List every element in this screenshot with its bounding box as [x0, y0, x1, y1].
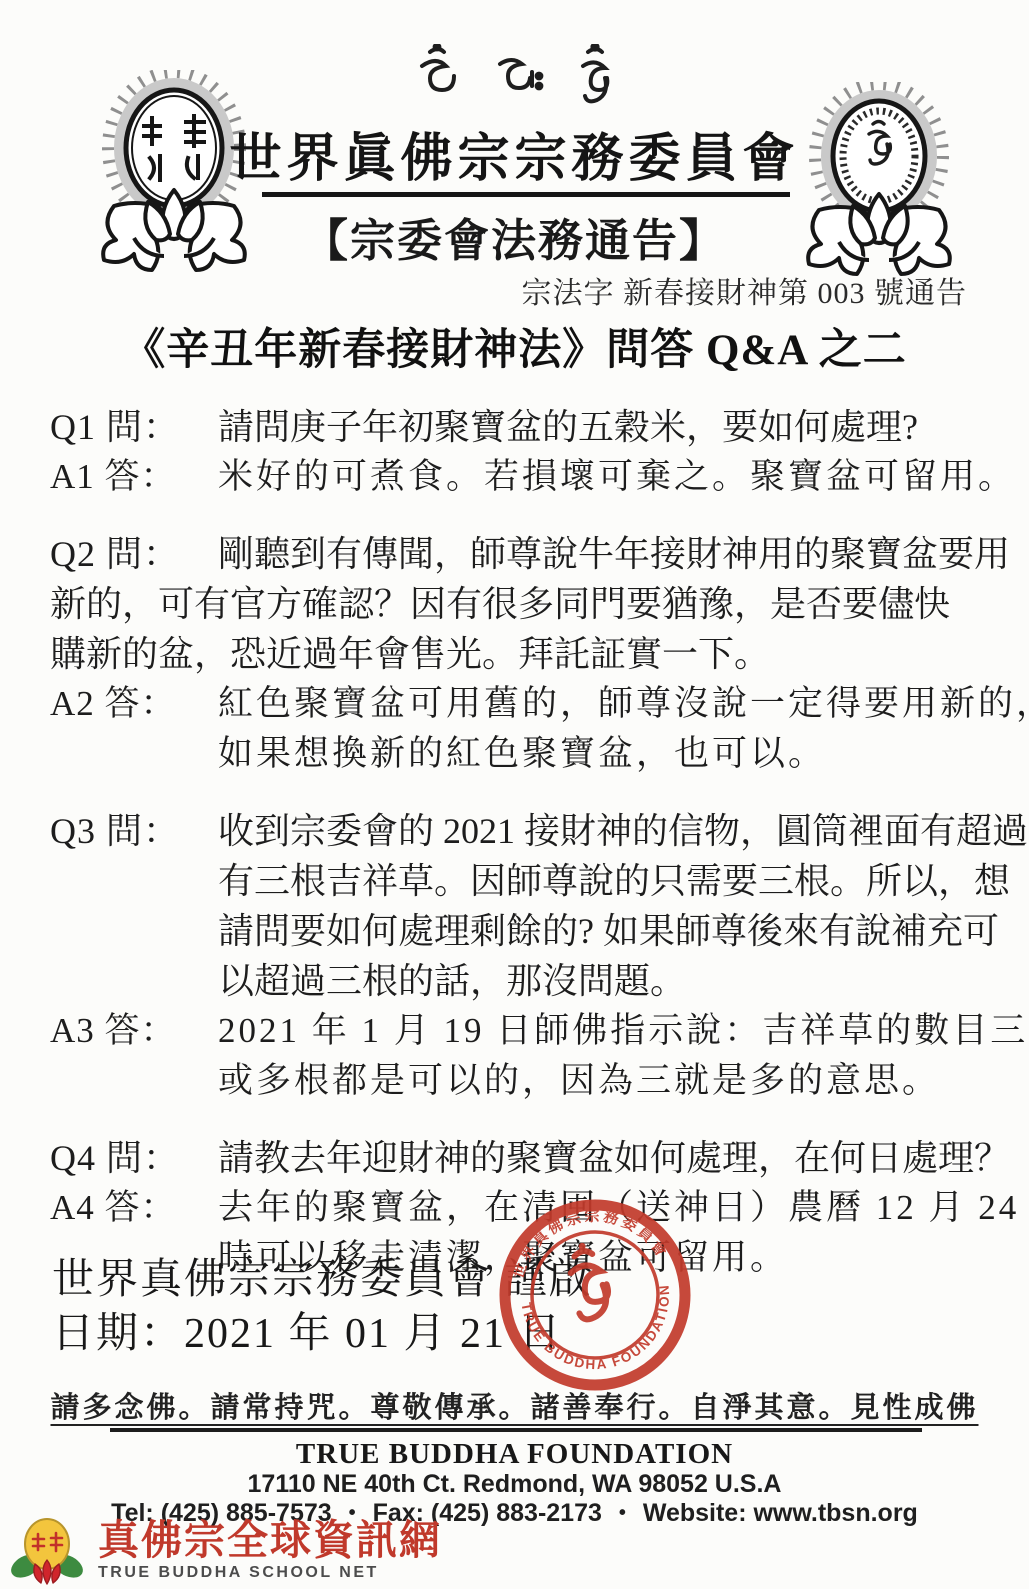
seed-syllables-drawing — [400, 44, 630, 108]
qa-text: 請問要如何處理剩餘的? 如果師尊後來有說補充可 — [218, 911, 999, 951]
qa-line: 有三根吉祥草。因師尊說的只需要三根。所以，想 — [50, 856, 980, 906]
foundation-red-seal: 世界真佛宗宗務委員會 TRUE BUDDHA FOUNDATION — [498, 1198, 693, 1398]
qa-line: A1 答：米好的可煮食。若損壞可棄之。聚寶盆可留用。 — [50, 452, 980, 502]
foundation-name: TRUE BUDDHA FOUNDATION — [0, 1438, 1029, 1471]
qa-block: Q2 問：剛聽到有傳聞，師尊說牛年接財神用的聚寶盆要用新的，可有官方確認？因有很… — [50, 529, 980, 779]
school-net-logo-block: 真佛宗全球資訊網 TRUE BUDDHA SCHOOL NET — [8, 1518, 442, 1588]
date-line: 日期：2021 年 01 月 21 日 — [52, 1300, 563, 1360]
qa-line: 購新的盆，恐近過年會售光。拜託証實一下。 — [50, 629, 980, 679]
footer-rule — [110, 1428, 922, 1432]
qa-text: 紅色聚寶盆可用舊的，師尊沒說一定得要用新的， — [218, 684, 1029, 723]
reference-number: 宗法字 新春接財神第 003 號通告 — [522, 268, 968, 312]
qa-label: A2 答： — [50, 679, 218, 729]
seal-center-hum-glyph — [567, 1240, 612, 1321]
qa-label: A1 答： — [50, 452, 218, 502]
footer-motto: 請多念佛。請常持咒。尊敬傳承。諸善奉行。自淨其意。見性成佛 — [0, 1385, 1029, 1426]
notice-banner: 【宗委會法務通告】 — [0, 204, 1029, 269]
qa-text: 或多根都是可以的，因為三就是多的意思。 — [218, 1061, 940, 1100]
qa-line: 或多根都是可以的，因為三就是多的意思。 — [50, 1056, 980, 1106]
qa-block: Q3 問：收到宗委會的 2021 接財神的信物，圓筒裡面有超過有三根吉祥草。因師… — [50, 806, 980, 1106]
qa-label: A4 答： — [50, 1183, 218, 1233]
bullet-separator: • — [619, 1502, 626, 1525]
qa-label: Q3 問： — [50, 806, 218, 856]
qa-line: Q4 問：請教去年迎財神的聚寶盆如何處理，在何日處理？ — [50, 1133, 980, 1183]
qa-line: 請問要如何處理剩餘的? 如果師尊後來有說補充可 — [50, 906, 980, 956]
qa-text: 如果想換新的紅色聚寶盆，也可以。 — [218, 734, 826, 773]
qa-text: 新的，可有官方確認？因有很多同門要猶豫，是否要儘快 — [50, 584, 950, 624]
foundation-address: 17110 NE 40th Ct. Redmond, WA 98052 U.S.… — [0, 1470, 1029, 1499]
qa-line: 如果想換新的紅色聚寶盆，也可以。 — [50, 729, 980, 779]
qa-text: 請教去年迎財神的聚寶盆如何處理，在何日處理？ — [218, 1138, 1010, 1178]
qa-text: 請問庚子年初聚寶盆的五穀米，要如何處理? — [218, 407, 918, 447]
qa-label: Q4 問： — [50, 1133, 218, 1183]
qa-section: Q1 問：請問庚子年初聚寶盆的五穀米，要如何處理?A1 答：米好的可煮食。若損壞… — [50, 402, 980, 1310]
qa-text: 2021 年 1 月 19 日師佛指示說：吉祥草的數目三根 — [218, 1011, 1029, 1050]
school-net-emblem — [8, 1518, 88, 1588]
qa-text: 以超過三根的話，那沒問題。 — [218, 961, 686, 1001]
website: Website: www.tbsn.org — [643, 1499, 918, 1527]
qa-label: A3 答： — [50, 1006, 218, 1056]
qa-label: Q2 問： — [50, 529, 218, 579]
qa-line: Q1 問：請問庚子年初聚寶盆的五穀米，要如何處理? — [50, 402, 980, 452]
qa-text: 米好的可煮食。若損壞可棄之。聚寶盆可留用。 — [218, 457, 1016, 496]
document-title: 《辛丑年新春接財神法》問答 Q&A 之二 — [0, 316, 1029, 377]
qa-text: 剛聽到有傳聞，師尊說牛年接財神用的聚寶盆要用 — [218, 534, 1010, 574]
qa-text: 有三根吉祥草。因師尊說的只需要三根。所以，想 — [218, 861, 1010, 901]
qa-line: 以超過三根的話，那沒問題。 — [50, 956, 980, 1006]
qa-line: Q3 問：收到宗委會的 2021 接財神的信物，圓筒裡面有超過 — [50, 806, 980, 856]
org-title-underline — [262, 192, 790, 197]
qa-line: A3 答：2021 年 1 月 19 日師佛指示說：吉祥草的數目三根 — [50, 1006, 980, 1056]
qa-line: A2 答：紅色聚寶盆可用舊的，師尊沒說一定得要用新的， — [50, 679, 980, 729]
school-net-chinese-title: 真佛宗全球資訊網 — [98, 1518, 442, 1562]
school-net-english-title: TRUE BUDDHA SCHOOL NET — [98, 1564, 442, 1582]
qa-block: Q1 問：請問庚子年初聚寶盆的五穀米，要如何處理?A1 答：米好的可煮食。若損壞… — [50, 402, 980, 502]
org-title: 世界眞佛宗宗務委員會 — [0, 116, 1029, 191]
qa-text: 收到宗委會的 2021 接財神的信物，圓筒裡面有超過 — [218, 811, 1028, 851]
qa-label: Q1 問： — [50, 402, 218, 452]
qa-text: 購新的盆，恐近過年會售光。拜託証實一下。 — [50, 634, 770, 674]
qa-line: Q2 問：剛聽到有傳聞，師尊說牛年接財神用的聚寶盆要用 — [50, 529, 980, 579]
qa-line: 新的，可有官方確認？因有很多同門要猶豫，是否要儘快 — [50, 579, 980, 629]
notice-document: 世界眞佛宗宗務委員會 【宗委會法務通告】 宗法字 新春接財神第 003 號通告 … — [0, 0, 1029, 1589]
red-seal-drawing: 世界真佛宗宗務委員會 TRUE BUDDHA FOUNDATION — [498, 1198, 693, 1393]
